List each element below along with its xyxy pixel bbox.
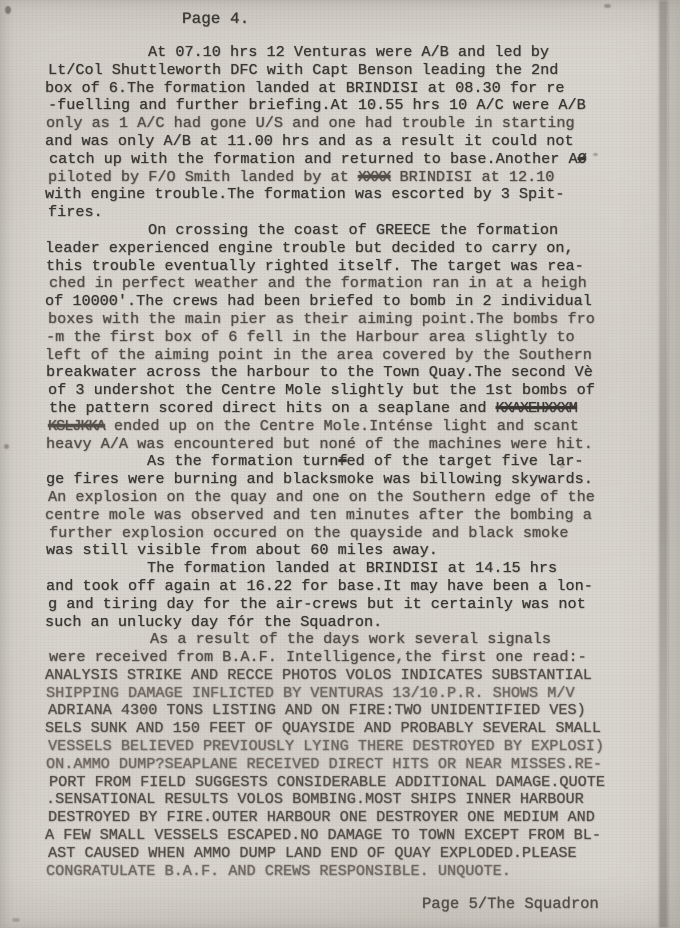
text-line: ANALYSIS STRIKE AND RECCE PHOTOS VOLOS I…	[45, 667, 636, 685]
page-number-header: Page 4.	[182, 10, 249, 28]
text-line: this trouble eventually righted itself. …	[46, 258, 636, 276]
text-line: further explosion occured on the quaysid…	[49, 525, 636, 543]
struck-out-text: Ø	[578, 150, 586, 168]
text-line: g and tiring day for the air-crews but i…	[48, 596, 636, 614]
text-line: -m the first box of 6 fell in the Harbou…	[46, 329, 636, 347]
struck-out-text: f	[338, 452, 346, 470]
text-line: KSLJKKA ended up on the Centre Mole.Inté…	[48, 418, 636, 436]
document-page: Page 4. At 07.10 hrs 12 Venturas were A/…	[0, 0, 680, 928]
text-line: On crossing the coast of GREECE the form…	[46, 222, 636, 240]
text-line: and was only A/B at 11.00 hrs and as a r…	[45, 133, 636, 151]
struck-out-text: KXAXEHXXXM	[496, 399, 577, 417]
text-line: The formation landed at BRINDISI at 14.1…	[45, 560, 636, 578]
text-line: DESTROYED BY FIRE.OUTER HARBOUR ONE DEST…	[48, 809, 636, 827]
struck-out-text: KSLJKKA	[48, 417, 105, 435]
text-line: breakwater across the harbour to the Tow…	[46, 364, 636, 382]
text-line: piloted by F/O Smith landed by at XXXX B…	[48, 169, 636, 187]
text-line: PORT FROM FIELD SUGGESTS CONSIDERABLE AD…	[49, 774, 636, 792]
text-line: were received from B.A.F. Intelligence,t…	[49, 649, 636, 667]
text-line: left of the aiming point in the area cov…	[45, 347, 636, 365]
document-body: At 07.10 hrs 12 Venturas were A/B and le…	[46, 44, 636, 880]
paper-speck	[5, 6, 11, 14]
text-line: Lt/Col Shuttleworth DFC with Capt Benson…	[48, 62, 636, 80]
text-line: of 10000'.The crews had been briefed to …	[45, 293, 636, 311]
text-line: CONGRATULATE B.A.F. AND CREWS RESPONSIBL…	[46, 863, 636, 881]
text-line: At 07.10 hrs 12 Venturas were A/B and le…	[46, 44, 636, 62]
paper-speck	[604, 4, 611, 8]
text-line: As a result of the days work several sig…	[48, 631, 636, 649]
text-line: of 3 undershot the Centre Mole slightly …	[48, 382, 636, 400]
text-line: fires.	[48, 204, 636, 222]
text-line: ON.AMMO DUMP?SEAPLANE RECEIVED DIRECT HI…	[46, 756, 636, 774]
text-line: and took off again at 16.22 for base.It …	[46, 578, 636, 596]
paper-speck	[12, 918, 20, 922]
text-line: leader experienced engine trouble but de…	[45, 240, 636, 258]
text-line: only as 1 A/C had gone U/S and one had t…	[46, 115, 636, 133]
text-line: -fuelling and further briefing.At 10.55 …	[48, 97, 636, 115]
paper-speck	[4, 444, 9, 449]
text-line: the pattern scored direct hits on a seap…	[49, 400, 636, 418]
text-line: AST CAUSED WHEN AMMO DUMP LAND END OF QU…	[48, 845, 636, 863]
text-line: catch up with the formation and returned…	[49, 151, 636, 169]
text-line: was still visible from about 60 miles aw…	[46, 542, 636, 560]
text-line: As the formation turnfed of the target f…	[45, 453, 636, 471]
text-line: such an unlucky day fór the Squadron.	[45, 614, 636, 632]
struck-out-text: XXXX	[358, 168, 390, 186]
text-line: VESSELS BELIEVED PREVIOUSLY LYING THERE …	[48, 738, 636, 756]
text-line: SHIPPING DAMAGE INFLICTED BY VENTURAS 13…	[46, 685, 636, 703]
text-line: ADRIANA 4300 TONS LISTING AND ON FIRE:TW…	[48, 702, 636, 720]
page-edge-shadow	[659, 0, 668, 928]
page-footer-catchword: Page 5/The Squadron	[422, 895, 599, 913]
text-line: box of 6.The formation landed at BRINDIS…	[45, 80, 636, 98]
text-line: SELS SUNK AND 150 FEET OF QUAYSIDE AND P…	[45, 720, 636, 738]
text-line: ge fires were burning and blacksmoke was…	[46, 471, 636, 489]
text-line: A FEW SMALL VESSELS ESCAPED.NO DAMAGE TO…	[45, 827, 636, 845]
text-line: .SENSATIONAL RESULTS VOLOS BOMBING.MOST …	[46, 791, 636, 809]
text-line: An explosion on the quay and one on the …	[48, 489, 636, 507]
scan-edge	[668, 0, 680, 928]
text-line: ched in perfect weather and the formatio…	[49, 275, 636, 293]
text-line: with engine trouble.The formation was es…	[45, 186, 636, 204]
text-line: heavy A/A was encountered but noné of th…	[46, 436, 636, 454]
text-line: centre mole was observed and ten minutes…	[45, 507, 636, 525]
text-line: boxes with the main pier as their aiming…	[48, 311, 636, 329]
